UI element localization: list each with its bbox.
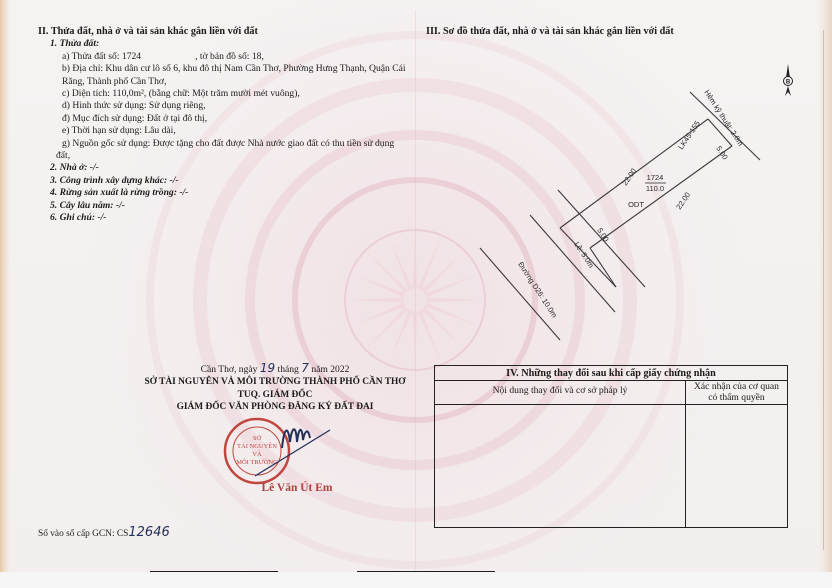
- svg-text:Lề: 5.0m: Lề: 5.0m: [572, 240, 595, 269]
- svg-text:Đường D26: 10.0m: Đường D26: 10.0m: [516, 260, 559, 319]
- svg-text:5.00: 5.00: [714, 144, 730, 161]
- svg-text:22.00: 22.00: [620, 167, 638, 188]
- change-content-cell: [435, 405, 686, 527]
- column-change-content: Nội dung thay đổi và cơ sở pháp lý: [435, 381, 686, 404]
- changes-table-title: IV. Những thay đổi sau khi cấp giấy chứn…: [435, 366, 787, 381]
- svg-text:ODT: ODT: [628, 200, 644, 209]
- svg-text:110.0: 110.0: [646, 184, 664, 193]
- column-authority-confirmation: Xác nhận của cơ quan có thẩm quyền: [686, 381, 787, 404]
- svg-text:Hẻm kỹ thuật: 2.0m: Hẻm kỹ thuật: 2.0m: [702, 88, 745, 147]
- changes-table-body: [435, 405, 787, 527]
- svg-text:22.00: 22.00: [674, 191, 692, 212]
- scan-bottom-margin: [0, 572, 832, 588]
- changes-table-header: Nội dung thay đổi và cơ sở pháp lý Xác n…: [435, 381, 787, 405]
- svg-text:1724: 1724: [647, 173, 664, 182]
- svg-text:LK45-155: LK45-155: [676, 119, 702, 151]
- authority-confirmation-cell: [686, 405, 787, 527]
- changes-table: IV. Những thay đổi sau khi cấp giấy chứn…: [434, 365, 788, 528]
